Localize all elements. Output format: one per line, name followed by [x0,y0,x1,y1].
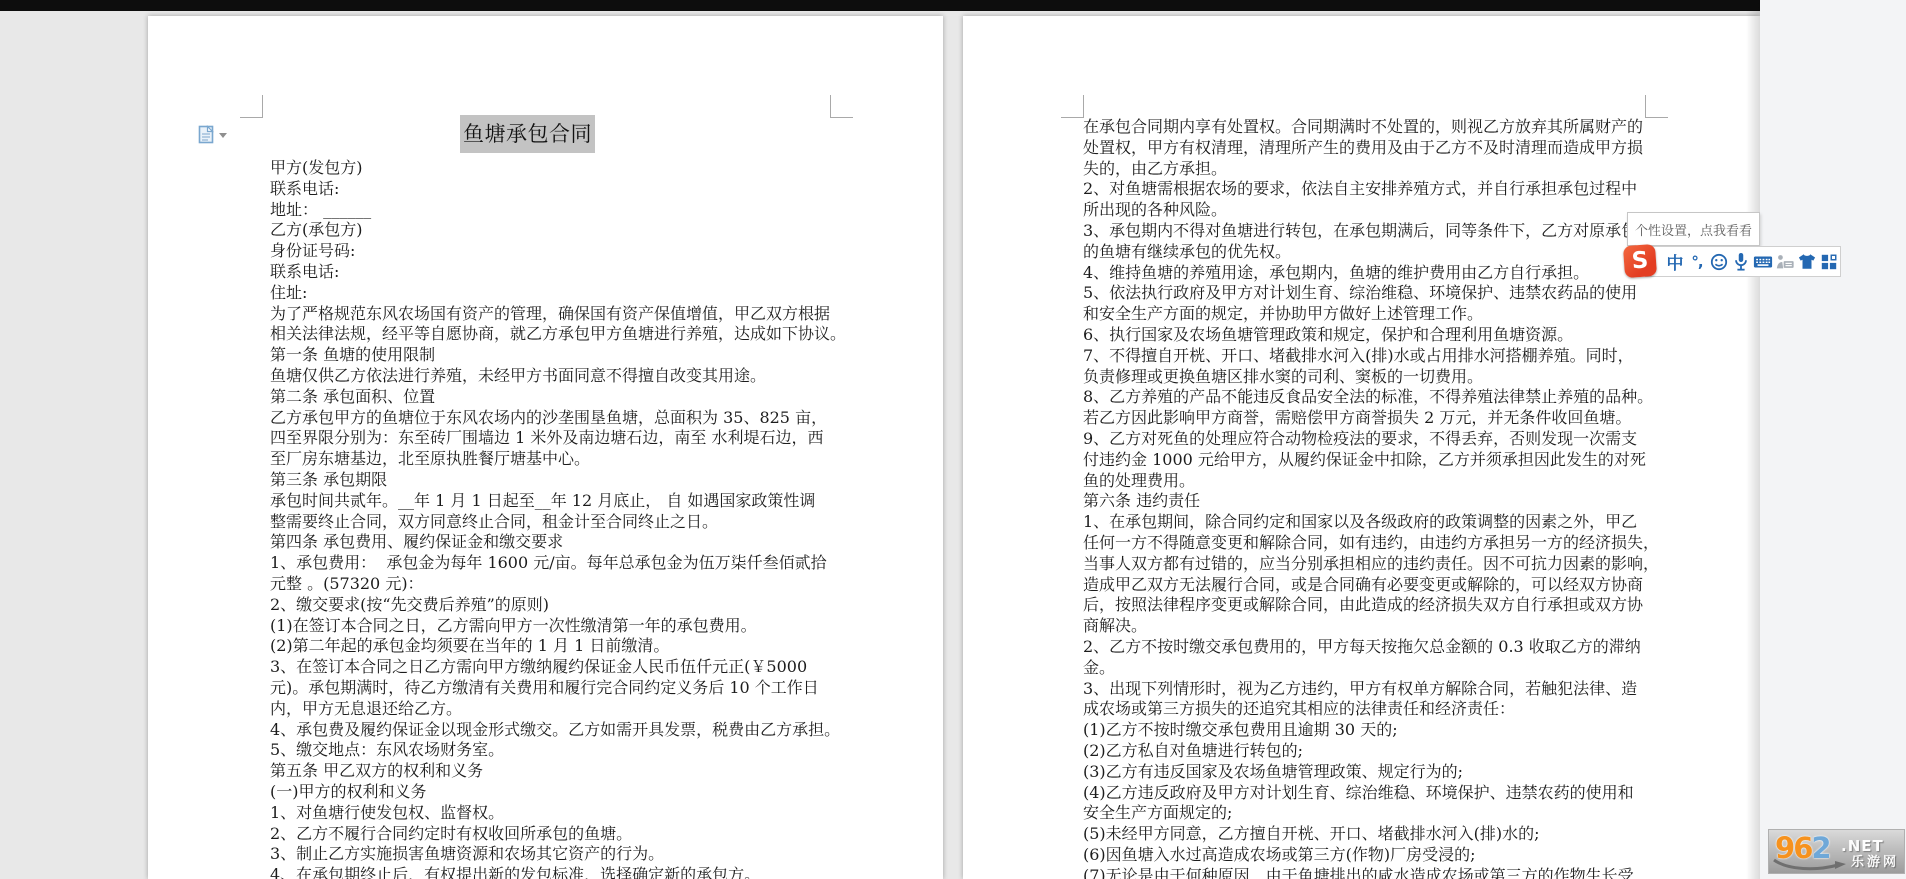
text-line: 和安全生产方面的规定，并协助甲方做好上述管理工作。 [1083,304,1693,325]
text-line: 联系电话: [270,179,870,200]
text-line: 住址: [270,283,870,304]
text-line: (6)因鱼塘入水过高造成农场或第三方(作物)厂房受浸的; [1083,845,1693,866]
text-line: 联系电话: [270,262,870,283]
text-line: 商解决。 [1083,616,1693,637]
toolbox-icon[interactable] [1819,251,1839,273]
text-line: 5、缴交地点：东风农场财务室。 [270,740,870,761]
text-line: (1)乙方不按时缴交承包费用且逾期 30 天的; [1083,720,1693,741]
text-line: 身份证号码: [270,241,870,262]
text-line: 3、制止乙方实施损害鱼塘资源和农场其它资产的行为。 [270,844,870,865]
text-line: (3)乙方有违反国家及农场鱼塘管理政策、规定行为的; [1083,762,1693,783]
text-line: (4)乙方违反政府及甲方对计划生育、综治维稳、环境保护、违禁农药的使用和 [1083,783,1693,804]
text-line: 成农场或第三方损失的还追究其相应的法律责任和经济责任： [1083,699,1693,720]
text-line: 3、在签订本合同之日乙方需向甲方缴纳履约保证金人民币伍仟元正(￥5000 [270,657,870,678]
text-line: (一)甲方的权利和义务 [270,782,870,803]
emoji-icon[interactable] [1709,251,1729,273]
text-line: 金。 [1083,658,1693,679]
text-line: (2)乙方私自对鱼塘进行转包的; [1083,741,1693,762]
text-line: 8、乙方养殖的产品不能违反食品安全法的标准，不得养殖法律禁止养殖的品种。 [1083,387,1693,408]
text-line: 第四条 承包费用、履约保证金和缴交要求 [270,532,870,553]
text-line: 鱼的处理费用。 [1083,471,1693,492]
text-line: 2、对鱼塘需根据农场的要求，依法自主安排养殖方式，并自行承担承包过程中 [1083,179,1693,200]
text-line: 9、乙方对死鱼的处理应符合动物检疫法的要求，不得丢弃，否则发现一次需支 [1083,429,1693,450]
text-line: 造成甲乙双方无法履行合同，或是合同确有必要变更或解除的，可以经双方协商 [1083,575,1693,596]
text-line: 元)。承包期满时，待乙方缴清有关费用和履行完合同约定义务后 10 个工作日 [270,678,870,699]
text-line: 第五条 甲乙双方的权利和义务 [270,761,870,782]
text-line: 当事人双方都有过错的，应当分别承担相应的违约责任。因不可抗力因素的影响， [1083,554,1693,575]
text-line: 安全生产方面规定的; [1083,803,1693,824]
text-line: 3、出现下列情形时，视为乙方违约，甲方有权单方解除合同，若触犯法律、造 [1083,679,1693,700]
text-line: 4、维持鱼塘的养殖用途，承包期内，鱼塘的维护费用由乙方自行承担。 [1083,263,1693,284]
text-line: 至厂房东塘基边，北至原执胜餐厅塘基中心。 [270,449,870,470]
page2-body-text[interactable]: 在承包合同期内享有处置权。合同期满时不处置的，则视乙方放弃其所属财产的处置权，甲… [1083,117,1693,879]
text-line: 第三条 承包期限 [270,470,870,491]
text-line: 整需要终止合同，双方同意终止合同，租金计至合同终止之日。 [270,512,870,533]
text-line: 失的，由乙方承担。 [1083,159,1693,180]
text-line: 7、不得擅自开桄、开口、堵截排水河入(排)水或占用排水河搭棚养殖。同时， [1083,346,1693,367]
watermark-logo: 962 .NET 乐游网 [1768,829,1905,874]
microphone-icon[interactable] [1731,251,1751,273]
text-line: 的鱼塘有继续承包的优先权。 [1083,242,1693,263]
text-line: 2、乙方不履行合同约定时有权收回所承包的鱼塘。 [270,824,870,845]
text-line: (5)未经甲方同意，乙方擅自开桄、开口、堵截排水河入(排)水的; [1083,824,1693,845]
text-line: 内，甲方无息退还给乙方。 [270,699,870,720]
page1-body-text[interactable]: 甲方(发包方)联系电话:地址： ______乙方(承包方)身份证号码:联系电话:… [270,158,870,879]
text-line: 2、乙方不按时缴交承包费用的，甲方每天按拖欠总金额的 0.3 收取乙方的滞纳 [1083,637,1693,658]
text-line: 1、在承包期间，除合同约定和国家以及各级政府的政策调整的因素之外，甲乙 [1083,512,1693,533]
text-line: 4、在承包期终止后，有权提出新的发包标准，选择确定新的承包方。 [270,865,870,879]
text-line: 2、缴交要求(按“先交费后养殖”的原则) [270,595,870,616]
watermark-site-name: 乐游网 [1851,851,1899,870]
text-line: 1、承包费用： 承包金为每年 1600 元/亩。每年总承包金为伍万柒仟叁佰贰拾 [270,553,870,574]
right-side-panel [1760,0,1906,879]
text-line: 3、承包期内不得对鱼塘进行转包，在承包期满后，同等条件下，乙方对原承包 [1083,221,1693,242]
text-line: 相关法律法规，经平等自愿协商，就乙方承包甲方鱼塘进行养殖，达成如下协议。 [270,324,870,345]
soft-keyboard-icon[interactable] [1753,251,1773,273]
text-line: 第一条 鱼塘的使用限制 [270,345,870,366]
text-line: 鱼塘仅供乙方依法进行养殖，未经甲方书面同意不得擅自改变其用途。 [270,366,870,387]
ime-tooltip-text: 个性设置，点我看看 [1635,220,1752,239]
text-line: 后，按照法律程序变更或解除合同，由此造成的经济损失双方自行承担或双方协 [1083,595,1693,616]
text-line: 4、承包费及履约保证金以现金形式缴交。乙方如需开具发票，税费由乙方承担。 [270,720,870,741]
text-line: 若乙方因此影响甲方商誉，需赔偿甲方商誉损失 2 万元，并无条件收回鱼塘。 [1083,408,1693,429]
text-line: 第二条 承包面积、位置 [270,387,870,408]
text-boundary-mark [1061,95,1084,118]
text-boundary-mark [240,95,263,118]
text-boundary-mark [1645,95,1668,118]
text-line: 任何一方不得随意变更和解除合同，如有违约，由违约方承担另一方的经济损失， [1083,533,1693,554]
punctuation-icon[interactable]: °, [1687,251,1707,273]
text-line: 承包时间共贰年。__年 1 月 1 日起至__年 12 月底止， 自 如遇国家政… [270,491,870,512]
text-line: (1)在签订本合同之日，乙方需向甲方一次性缴清第一年的承包费用。 [270,616,870,637]
app-canvas: 鱼塘承包合同 甲方(发包方)联系电话:地址： ______乙方(承包方)身份证号… [0,0,1906,879]
ime-toolbar[interactable]: S 中 °, [1645,246,1841,277]
text-line: 5、依法执行政府及甲方对计划生育、综治维稳、环境保护、违禁农药品的使用 [1083,283,1693,304]
text-line: 6、执行国家及农场鱼塘管理政策和规定，保护和合理利用鱼塘资源。 [1083,325,1693,346]
text-line: 四至界限分别为：东至砖厂围墙边 1 米外及南边塘石边，南至 水利堤石边，西 [270,428,870,449]
text-line: 为了严格规范东风农场国有资产的管理，确保国有资产保值增值，甲乙双方根据 [270,304,870,325]
text-boundary-mark [830,95,853,118]
text-line: 处置权，甲方有权清理，清理所产生的费用及由于乙方不及时清理而造成甲方损 [1083,138,1693,159]
text-line: 甲方(发包方) [270,158,870,179]
chevron-down-icon [219,133,227,138]
text-line: 元整 。(57320 元)： [270,574,870,595]
text-line: 乙方承包甲方的鱼塘位于东风农场内的沙垄围垦鱼塘，总面积为 35、825 亩， [270,408,870,429]
text-line: 所出现的各种风险。 [1083,200,1693,221]
text-line: 第六条 违约责任 [1083,491,1693,512]
text-line: 1、对鱼塘行使发包权、监督权。 [270,803,870,824]
paste-options-button[interactable] [198,125,227,144]
ime-tooltip[interactable]: 个性设置，点我看看 [1627,212,1760,246]
text-line: 负责修理或更换鱼塘区排水窦的司利、窦板的一切费用。 [1083,367,1693,388]
reading-mode-icon[interactable] [1775,251,1795,273]
text-line: 乙方(承包方) [270,220,870,241]
text-line: (2)第二年起的承包金均须要在当年的 1 月 1 日前缴清。 [270,636,870,657]
skin-icon[interactable] [1797,251,1817,273]
sogou-logo-icon[interactable]: S [1623,244,1657,278]
text-line: 付违约金 1000 元给甲方，从履约保证金中扣除，乙方并须承担因此发生的对死 [1083,450,1693,471]
watermark-swoosh-arrow [1772,857,1850,872]
document-icon [198,125,215,144]
text-line: (7)无论是由于何种原因，由于鱼塘排出的咸水造成农场或第三方的作物生长受 [1083,866,1693,879]
top-window-bar [0,0,1906,11]
text-line: 地址： ______ [270,200,870,221]
document-title-selected[interactable]: 鱼塘承包合同 [460,115,595,153]
text-line: 在承包合同期内享有处置权。合同期满时不处置的，则视乙方放弃其所属财产的 [1083,117,1693,138]
chinese-mode-icon[interactable]: 中 [1665,251,1685,273]
